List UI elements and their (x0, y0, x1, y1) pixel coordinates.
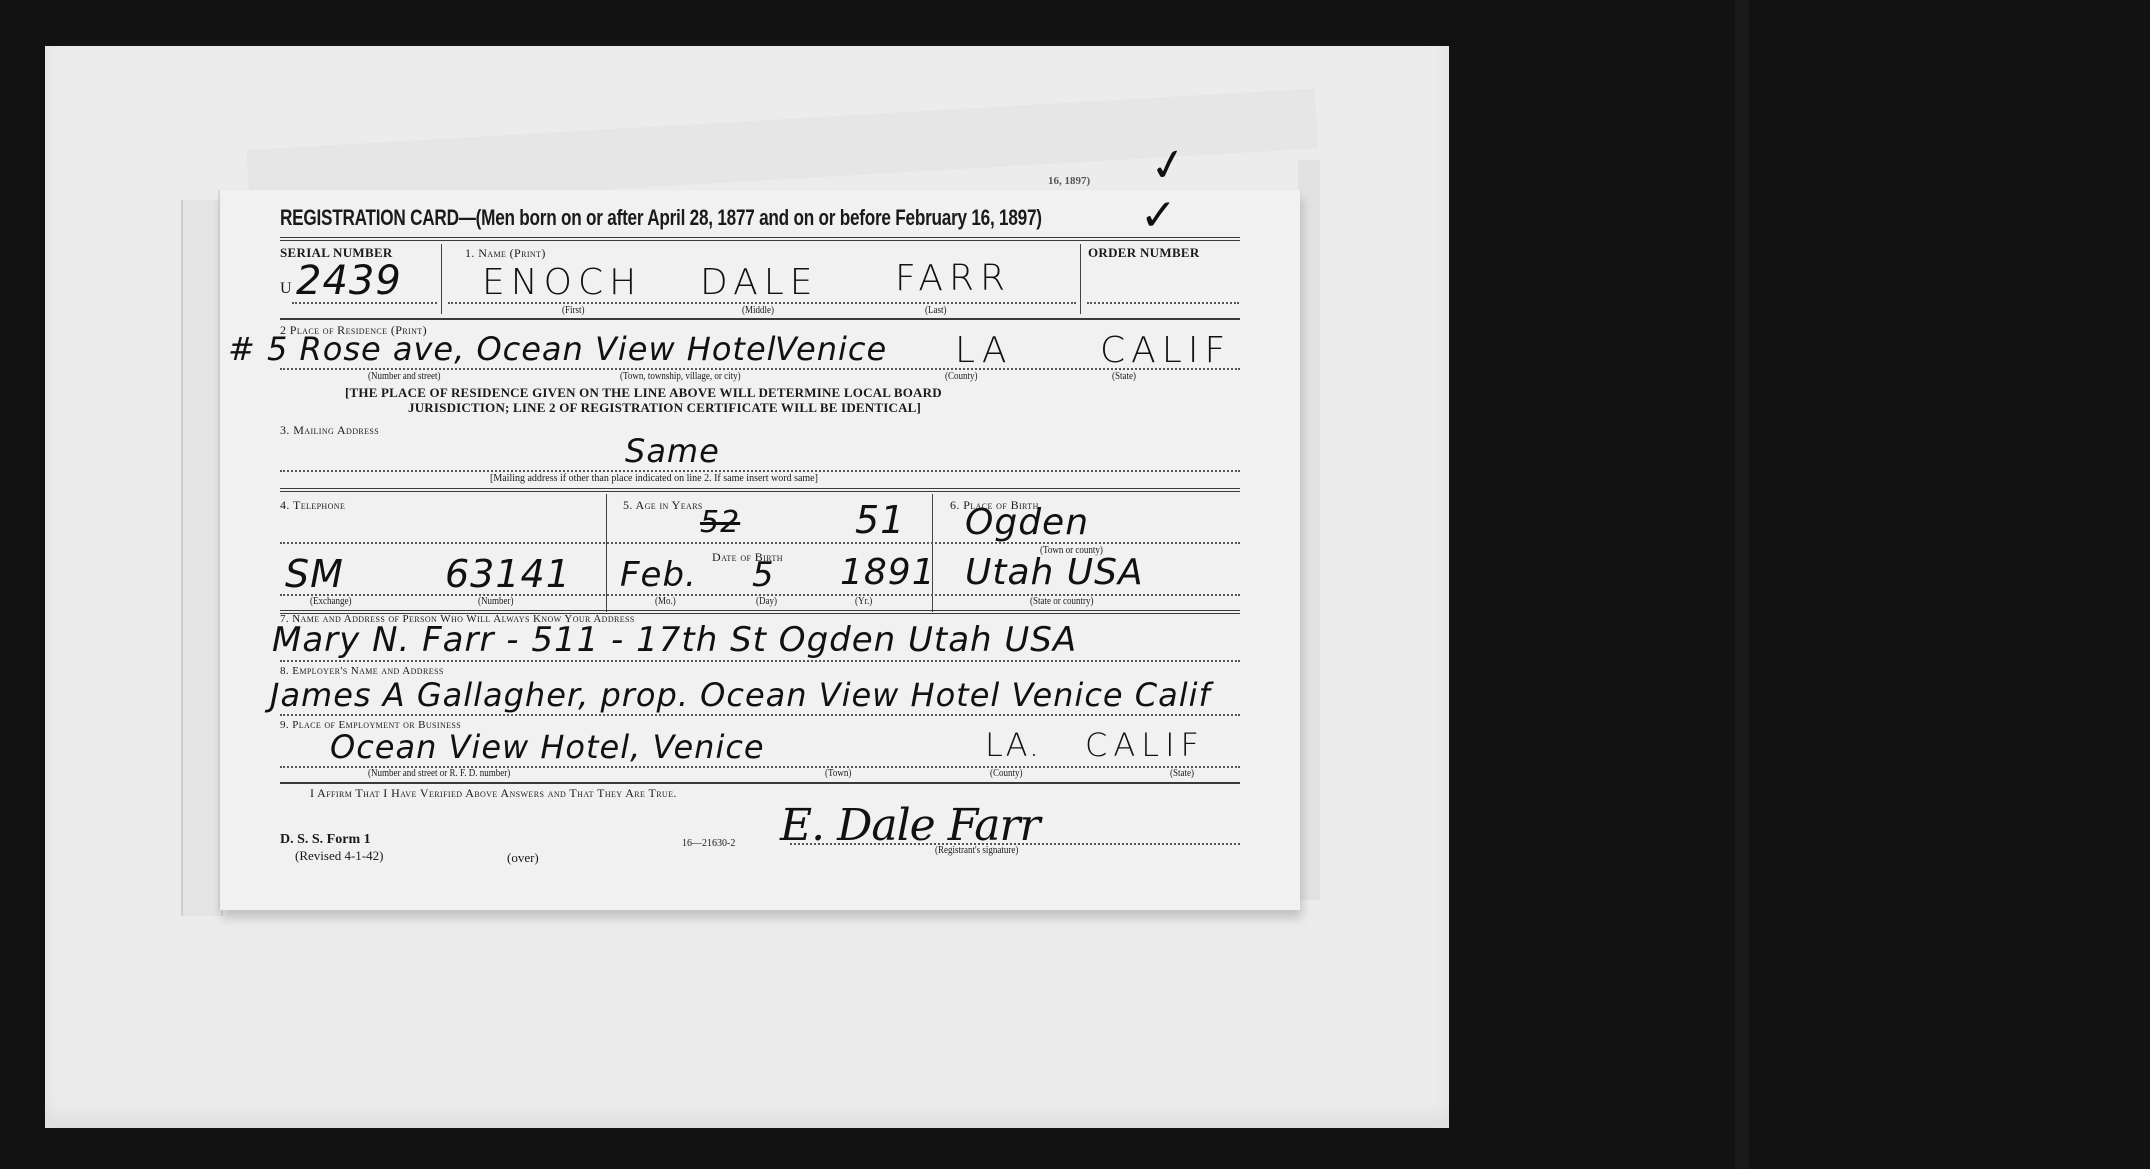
telephone-number-value: 63141 (445, 552, 571, 596)
employment-state-label: (State) (1170, 768, 1194, 779)
row-rule (280, 488, 1240, 492)
row-mid-line (280, 542, 1240, 544)
employment-county-label: (County) (990, 768, 1022, 779)
telephone-exchange-value: SM (285, 552, 344, 596)
age-value: 51 (855, 498, 905, 542)
employment-town-label: (Town) (825, 768, 851, 779)
back-card-fragment: 16, 1897) (1048, 175, 1090, 187)
row-rule (280, 318, 1240, 320)
divider (441, 244, 442, 314)
stack-edge-right (1298, 160, 1320, 900)
employment-county-value: LA. (985, 726, 1041, 764)
residence-state-value: CALIF (1100, 330, 1231, 371)
town-label: (Town, township, village, or city) (620, 371, 741, 382)
mailing-line (280, 470, 1240, 472)
form-revision: (Revised 4-1-42) (295, 848, 383, 864)
birth-town-value: Ogden (965, 502, 1089, 543)
age-struck-value: 52 (700, 505, 740, 540)
residence-notice-line2: JURISDICTION; LINE 2 OF REGISTRATION CER… (408, 400, 921, 416)
first-label: (First) (562, 305, 585, 316)
contact-line (280, 660, 1240, 662)
residence-notice-line1: [THE PLACE OF RESIDENCE GIVEN ON THE LIN… (345, 385, 942, 401)
over-note: (over) (507, 850, 539, 866)
day-label: (Day) (756, 596, 777, 607)
affirmation-text: I Affirm That I Have Verified Above Answ… (310, 786, 677, 801)
county-label: (County) (945, 371, 977, 382)
name-line (448, 302, 1076, 304)
title-rule (280, 237, 1240, 241)
birth-month-value: Feb. (620, 555, 697, 595)
divider (1080, 244, 1081, 314)
form-number: D. S. S. Form 1 (280, 832, 371, 848)
middle-label: (Middle) (742, 305, 774, 316)
row-rule (280, 782, 1240, 784)
card-title: REGISTRATION CARD—(Men born on or after … (280, 205, 1042, 231)
residence-line (280, 368, 1240, 370)
mailing-address-label: 3. Mailing Address (280, 423, 379, 438)
birth-day-value: 5 (752, 555, 775, 595)
serial-prefix: U (280, 280, 292, 298)
age-label: 5. Age in Years (623, 498, 703, 513)
exchange-label: (Exchange) (310, 596, 351, 607)
name-label: 1. Name (Print) (465, 246, 546, 261)
residence-county-value: LA (955, 330, 1013, 371)
employment-street-label: (Number and street or R. F. D. number) (368, 768, 510, 779)
order-number-label: ORDER NUMBER (1088, 245, 1200, 261)
number-label: (Number) (478, 596, 513, 607)
mailing-address-value: Same (625, 432, 720, 470)
contact-value: Mary N. Farr - 511 - 17th St Ogden Utah … (272, 620, 1077, 660)
first-name-value: ENOCH (482, 262, 642, 303)
serial-number-value: 2439 (296, 258, 402, 304)
birth-state-label: (State or country) (1030, 596, 1093, 607)
employment-state-value: CALIF (1085, 726, 1205, 764)
state-label: (State) (1112, 371, 1136, 382)
order-line (1087, 302, 1239, 304)
employer-value: James A Gallagher, prop. Ocean View Hote… (270, 676, 1211, 714)
year-label: (Yr.) (855, 596, 872, 607)
birth-state-country-value: Utah USA (965, 552, 1144, 593)
last-name-value: FARR (895, 258, 1011, 299)
employment-street-value: Ocean View Hotel, Venice (330, 728, 765, 766)
check-mark: ✓ (1140, 190, 1177, 241)
stack-edge-left (181, 200, 223, 916)
film-streak (1735, 0, 1749, 1169)
telephone-label: 4. Telephone (280, 498, 345, 513)
street-label: (Number and street) (368, 371, 440, 382)
birth-year-value: 1891 (840, 552, 936, 593)
serial-line (292, 302, 437, 304)
employer-line (280, 714, 1240, 716)
last-label: (Last) (925, 305, 947, 316)
month-label: (Mo.) (655, 596, 676, 607)
residence-town-value: Venice (775, 330, 887, 368)
residence-street-value: # 5 Rose ave, Ocean View Hotel (228, 330, 777, 368)
middle-name-value: DALE (700, 262, 819, 303)
mailing-address-note: [Mailing address if other than place ind… (490, 473, 818, 484)
signature-label: (Registrant's signature) (935, 845, 1018, 856)
print-code: 16—21630-2 (682, 838, 735, 849)
